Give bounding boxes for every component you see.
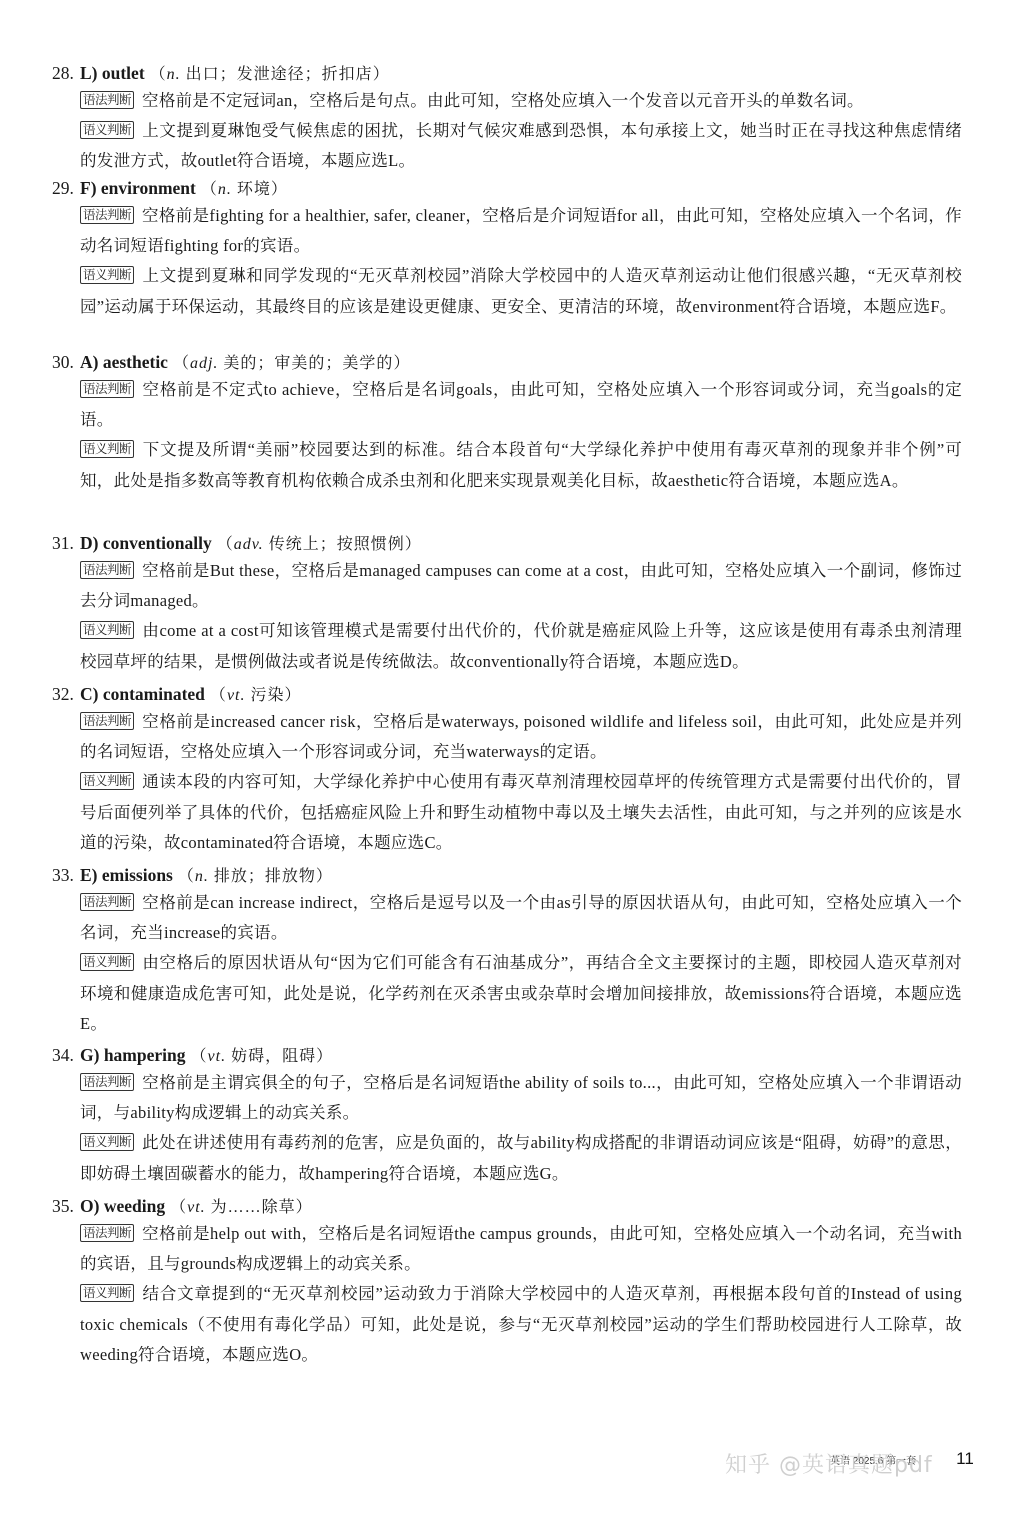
semantic-text: 上文提到夏琳饱受气候焦虑的困扰，长期对气候灾难感到恐惧，本句承接上文，她当时正在… bbox=[80, 121, 962, 170]
answer-item-35: 35.O) weeding （vt. 为……除草） 语法判断空格前是help o… bbox=[52, 1193, 962, 1370]
item-heading: 31.D) conventionally （adv. 传统上；按照惯例） bbox=[52, 530, 962, 556]
grammar-badge: 语法判断 bbox=[80, 712, 134, 730]
item-number: 34. bbox=[52, 1042, 80, 1068]
word-meaning: 美的；审美的；美学的 bbox=[223, 355, 393, 372]
part-of-speech: adj. bbox=[190, 355, 218, 372]
word-meaning: 环境 bbox=[237, 181, 271, 198]
grammar-badge: 语法判断 bbox=[80, 380, 134, 398]
semantic-badge: 语义判断 bbox=[80, 440, 134, 458]
item-number: 28. bbox=[52, 60, 80, 86]
answer-item-33: 33.E) emissions （n. 排放；排放物） 语法判断空格前是can … bbox=[52, 862, 962, 1039]
item-number: 35. bbox=[52, 1193, 80, 1219]
grammar-analysis: 语法判断空格前是不定冠词an，空格后是句点。由此可知，空格处应填入一个发音以元音… bbox=[80, 86, 962, 116]
word-meaning: 出口；发泄途径；折扣店 bbox=[186, 66, 373, 83]
semantic-text: 上文提到夏琳和同学发现的“无灭草剂校园”消除大学校园中的人造灭草剂运动让他们很感… bbox=[80, 266, 962, 315]
grammar-text: 空格前是help out with，空格后是名词短语the campus gro… bbox=[80, 1224, 962, 1273]
grammar-analysis: 语法判断空格前是主谓宾俱全的句子，空格后是名词短语the ability of … bbox=[80, 1068, 962, 1128]
semantic-text: 结合文章提到的“无灭草剂校园”运动致力于消除大学校园中的人造灭草剂，再根据本段句… bbox=[80, 1284, 962, 1363]
semantic-text: 下文提及所谓“美丽”校园要达到的标准。结合本段首句“大学绿化养护中使用有毒灭草剂… bbox=[80, 440, 962, 489]
item-heading: 35.O) weeding （vt. 为……除草） bbox=[52, 1193, 962, 1219]
grammar-text: 空格前是can increase indirect，空格后是逗号以及一个由as引… bbox=[80, 893, 962, 942]
grammar-badge: 语法判断 bbox=[80, 561, 134, 579]
item-number: 30. bbox=[52, 349, 80, 375]
part-of-speech: n. bbox=[218, 181, 232, 198]
grammar-text: 空格前是increased cancer risk，空格后是waterways,… bbox=[80, 712, 962, 761]
part-of-speech: vt. bbox=[208, 1048, 227, 1065]
answer-choice: L) outlet bbox=[80, 63, 145, 83]
item-heading: 34.G) hampering （vt. 妨碍，阻碍） bbox=[52, 1042, 962, 1068]
semantic-badge: 语义判断 bbox=[80, 953, 134, 971]
item-heading: 32.C) contaminated （vt. 污染） bbox=[52, 681, 962, 707]
answer-choice: G) hampering bbox=[80, 1045, 186, 1065]
grammar-analysis: 语法判断空格前是不定式to achieve，空格后是名词goals，由此可知，空… bbox=[80, 375, 962, 435]
grammar-badge: 语法判断 bbox=[80, 91, 134, 109]
answer-item-29: 29.F) environment （n. 环境） 语法判断空格前是fighti… bbox=[52, 175, 962, 322]
semantic-badge: 语义判断 bbox=[80, 772, 134, 790]
answer-choice: O) weeding bbox=[80, 1196, 165, 1216]
answer-choice: C) contaminated bbox=[80, 684, 205, 704]
grammar-analysis: 语法判断空格前是help out with，空格后是名词短语the campus… bbox=[80, 1219, 962, 1279]
semantic-analysis: 语义判断下文提及所谓“美丽”校园要达到的标准。结合本段首句“大学绿化养护中使用有… bbox=[80, 435, 962, 495]
grammar-text: 空格前是不定式to achieve，空格后是名词goals，由此可知，空格处应填… bbox=[80, 380, 962, 429]
answer-item-30: 30.A) aesthetic （adj. 美的；审美的；美学的） 语法判断空格… bbox=[52, 349, 962, 496]
semantic-analysis: 语义判断上文提到夏琳和同学发现的“无灭草剂校园”消除大学校园中的人造灭草剂运动让… bbox=[80, 261, 962, 321]
answer-item-31: 31.D) conventionally （adv. 传统上；按照惯例） 语法判… bbox=[52, 530, 962, 677]
answer-choice: F) environment bbox=[80, 178, 196, 198]
semantic-badge: 语义判断 bbox=[80, 1284, 134, 1302]
semantic-text: 此处在讲述使用有毒药剂的危害，应是负面的，故与ability构成搭配的非谓语动词… bbox=[80, 1133, 962, 1182]
grammar-analysis: 语法判断空格前是can increase indirect，空格后是逗号以及一个… bbox=[80, 888, 962, 948]
semantic-analysis: 语义判断由come at a cost可知该管理模式是需要付出代价的，代价就是癌… bbox=[80, 616, 962, 676]
grammar-badge: 语法判断 bbox=[80, 1073, 134, 1091]
answer-item-34: 34.G) hampering （vt. 妨碍，阻碍） 语法判断空格前是主谓宾俱… bbox=[52, 1042, 962, 1189]
word-meaning: 传统上；按照惯例 bbox=[269, 536, 405, 553]
semantic-text: 通读本段的内容可知，大学绿化养护中心使用有毒灭草剂清理校园草坪的传统管理方式是需… bbox=[80, 772, 962, 851]
grammar-badge: 语法判断 bbox=[80, 1224, 134, 1242]
semantic-analysis: 语义判断结合文章提到的“无灭草剂校园”运动致力于消除大学校园中的人造灭草剂，再根… bbox=[80, 1279, 962, 1370]
semantic-analysis: 语义判断由空格后的原因状语从句“因为它们可能含有石油基成分”，再结合全文主要探讨… bbox=[80, 948, 962, 1039]
semantic-analysis: 语义判断此处在讲述使用有毒药剂的危害，应是负面的，故与ability构成搭配的非… bbox=[80, 1128, 962, 1188]
part-of-speech: vt. bbox=[187, 1199, 206, 1216]
grammar-badge: 语法判断 bbox=[80, 893, 134, 911]
document-page: 28.L) outlet （n. 出口；发泄途径；折扣店） 语法判断空格前是不定… bbox=[0, 0, 1025, 1518]
grammar-badge: 语法判断 bbox=[80, 206, 134, 224]
item-heading: 30.A) aesthetic （adj. 美的；审美的；美学的） bbox=[52, 349, 962, 375]
semantic-badge: 语义判断 bbox=[80, 1133, 134, 1151]
item-heading: 33.E) emissions （n. 排放；排放物） bbox=[52, 862, 962, 888]
word-meaning: 为……除草 bbox=[211, 1199, 296, 1216]
item-number: 31. bbox=[52, 530, 80, 556]
grammar-text: 空格前是But these，空格后是managed campuses can c… bbox=[80, 561, 962, 610]
item-heading: 28.L) outlet （n. 出口；发泄途径；折扣店） bbox=[52, 60, 962, 86]
grammar-text: 空格前是fighting for a healthier, safer, cle… bbox=[80, 206, 962, 255]
answer-choice: A) aesthetic bbox=[80, 352, 168, 372]
semantic-analysis: 语义判断上文提到夏琳饱受气候焦虑的困扰，长期对气候灾难感到恐惧，本句承接上文，她… bbox=[80, 116, 962, 176]
semantic-text: 由空格后的原因状语从句“因为它们可能含有石油基成分”，再结合全文主要探讨的主题，… bbox=[80, 953, 962, 1032]
semantic-badge: 语义判断 bbox=[80, 621, 134, 639]
semantic-analysis: 语义判断通读本段的内容可知，大学绿化养护中心使用有毒灭草剂清理校园草坪的传统管理… bbox=[80, 767, 962, 858]
part-of-speech: n. bbox=[195, 868, 209, 885]
answer-item-32: 32.C) contaminated （vt. 污染） 语法判断空格前是incr… bbox=[52, 681, 962, 858]
grammar-text: 空格前是不定冠词an，空格后是句点。由此可知，空格处应填入一个发音以元音开头的单… bbox=[142, 91, 864, 110]
part-of-speech: n. bbox=[167, 66, 181, 83]
semantic-text: 由come at a cost可知该管理模式是需要付出代价的，代价就是癌症风险上… bbox=[80, 621, 962, 670]
item-number: 29. bbox=[52, 175, 80, 201]
answer-choice: D) conventionally bbox=[80, 533, 212, 553]
part-of-speech: adv. bbox=[234, 536, 264, 553]
grammar-analysis: 语法判断空格前是fighting for a healthier, safer,… bbox=[80, 201, 962, 261]
semantic-badge: 语义判断 bbox=[80, 266, 134, 284]
watermark: 知乎 @英语真题pdf bbox=[725, 1448, 1025, 1478]
grammar-text: 空格前是主谓宾俱全的句子，空格后是名词短语the ability of soil… bbox=[80, 1073, 962, 1122]
answer-choice: E) emissions bbox=[80, 865, 173, 885]
answer-item-28: 28.L) outlet （n. 出口；发泄途径；折扣店） 语法判断空格前是不定… bbox=[52, 60, 962, 177]
word-meaning: 污染 bbox=[250, 687, 284, 704]
item-number: 33. bbox=[52, 862, 80, 888]
grammar-analysis: 语法判断空格前是increased cancer risk，空格后是waterw… bbox=[80, 707, 962, 767]
item-number: 32. bbox=[52, 681, 80, 707]
semantic-badge: 语义判断 bbox=[80, 121, 134, 139]
item-heading: 29.F) environment （n. 环境） bbox=[52, 175, 962, 201]
word-meaning: 排放；排放物 bbox=[214, 868, 316, 885]
grammar-analysis: 语法判断空格前是But these，空格后是managed campuses c… bbox=[80, 556, 962, 616]
part-of-speech: vt. bbox=[227, 687, 246, 704]
word-meaning: 妨碍，阻碍 bbox=[231, 1048, 316, 1065]
